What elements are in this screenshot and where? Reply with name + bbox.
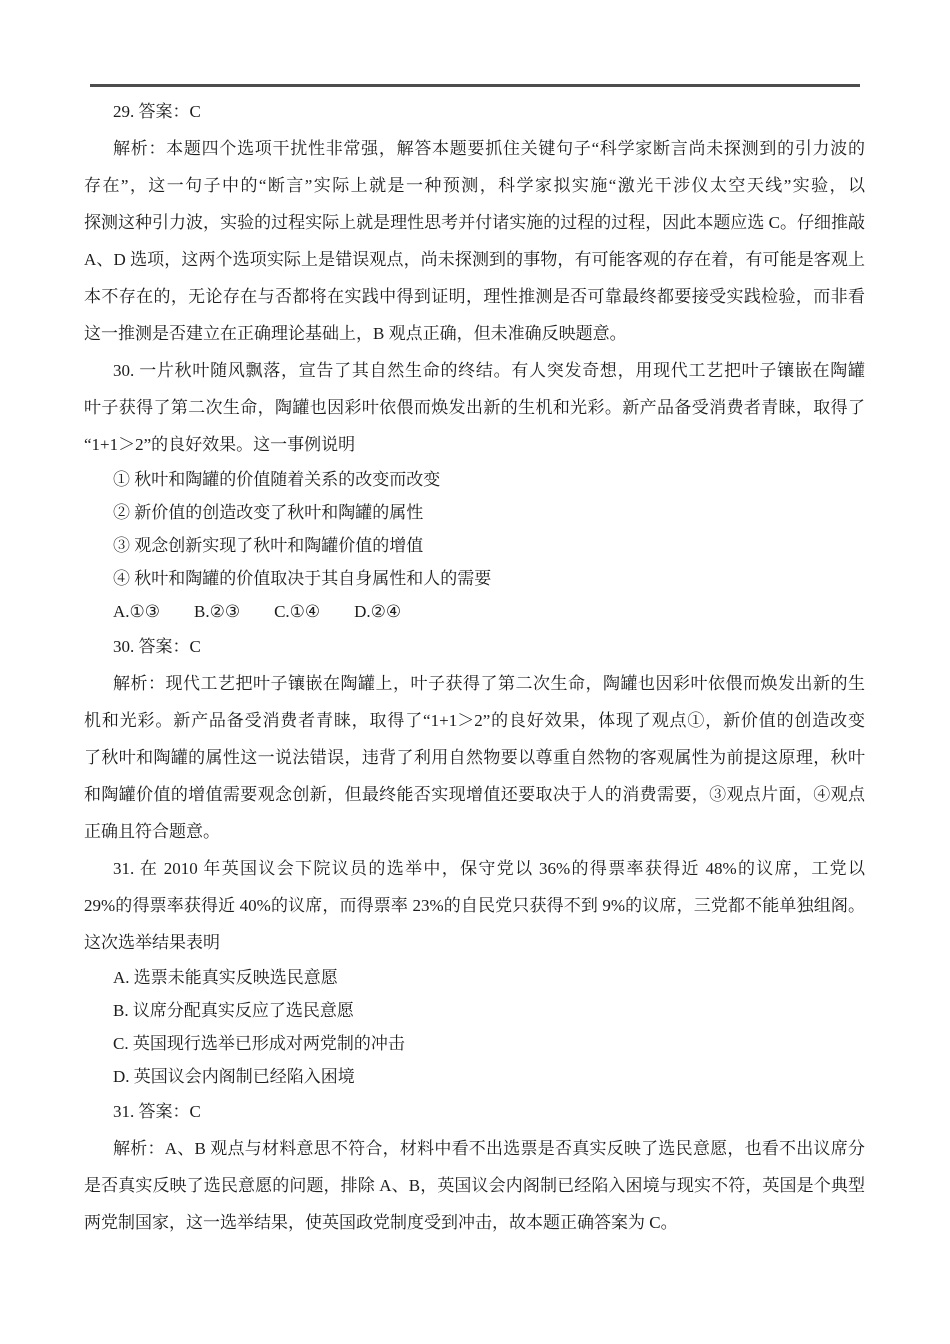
text-line: 30. 答案：C <box>84 628 865 665</box>
text-line: 29. 答案：C <box>84 93 865 130</box>
text-line: 这次选举结果表明 <box>84 924 865 961</box>
text-line: 解析：现代工艺把叶子镶嵌在陶罐上，叶子获得了第二次生命，陶罐也因彩叶依偎而焕发出… <box>84 665 865 702</box>
text-line: A、D 选项，这两个选项实际上是错误观点，尚未探测到的事物，有可能客观的存在着，… <box>84 241 865 278</box>
text-line: 和陶罐价值的增值需要观念创新，但最终能否实现增值还要取决于人的消费需要，③观点片… <box>84 776 865 813</box>
text-line: 31. 在 2010 年英国议会下院议员的选举中，保守党以 36%的得票率获得近… <box>84 850 865 887</box>
text-line: 31. 答案：C <box>84 1093 865 1130</box>
text-line: 本不存在的，无论存在与否都将在实践中得到证明，理性推测是否可靠最终都要接受实践检… <box>84 278 865 315</box>
text-line: A. 选票未能真实反映选民意愿 <box>84 961 865 994</box>
text-line: ② 新价值的创造改变了秋叶和陶罐的属性 <box>84 496 865 529</box>
text-line: 正确且符合题意。 <box>84 813 865 850</box>
separator-rule <box>90 84 860 87</box>
text-line: B. 议席分配真实反应了选民意愿 <box>84 994 865 1027</box>
text-line: C. 英国现行选举已形成对两党制的冲击 <box>84 1027 865 1060</box>
text-line: 探测这种引力波，实验的过程实际上就是理性思考并付诸实施的过程的过程，因此本题应选… <box>84 204 865 241</box>
text-line: ③ 观念创新实现了秋叶和陶罐价值的增值 <box>84 529 865 562</box>
text-line: 解析：A、B 观点与材料意思不符合，材料中看不出选票是否真实反映了选民意愿，也看… <box>84 1130 865 1167</box>
text-line: 是否真实反映了选民意愿的问题，排除 A、B，英国议会内阁制已经陷入困境与现实不符… <box>84 1167 865 1204</box>
text-line: “1+1＞2”的良好效果。这一事例说明 <box>84 426 865 463</box>
text-line: 30. 一片秋叶随风飘落，宣告了其自然生命的终结。有人突发奇想，用现代工艺把叶子… <box>84 352 865 389</box>
text-line: 了秋叶和陶罐的属性这一说法错误，违背了利用自然物要以尊重自然物的客观属性为前提这… <box>84 739 865 776</box>
text-line: 解析：本题四个选项干扰性非常强，解答本题要抓住关键句子“科学家断言尚未探测到的引… <box>84 130 865 167</box>
text-line: 存在”，这一句子中的“断言”实际上就是一种预测，科学家拟实施“激光干涉仪太空天线… <box>84 167 865 204</box>
text-line: 叶子获得了第二次生命，陶罐也因彩叶依偎而焕发出新的生机和光彩。新产品备受消费者青… <box>84 389 865 426</box>
document-body: 29. 答案：C解析：本题四个选项干扰性非常强，解答本题要抓住关键句子“科学家断… <box>84 93 865 1241</box>
text-line: 机和光彩。新产品备受消费者青睐，取得了“1+1＞2”的良好效果，体现了观点①，新… <box>84 702 865 739</box>
text-line: ① 秋叶和陶罐的价值随着关系的改变而改变 <box>84 463 865 496</box>
text-line: 这一推测是否建立在正确理论基础上，B 观点正确，但未准确反映题意。 <box>84 315 865 352</box>
document-page: { "page": { "background": "#ffffff", "te… <box>0 0 950 1344</box>
text-line: D. 英国议会内阁制已经陷入困境 <box>84 1060 865 1093</box>
text-line: 两党制国家，这一选举结果，使英国政党制度受到冲击，故本题正确答案为 C。 <box>84 1204 865 1241</box>
text-line: ④ 秋叶和陶罐的价值取决于其自身属性和人的需要 <box>84 562 865 595</box>
text-line: A.①③ B.②③ C.①④ D.②④ <box>84 595 865 628</box>
text-line: 29%的得票率获得近 40%的议席，而得票率 23%的自民党只获得不到 9%的议… <box>84 887 865 924</box>
